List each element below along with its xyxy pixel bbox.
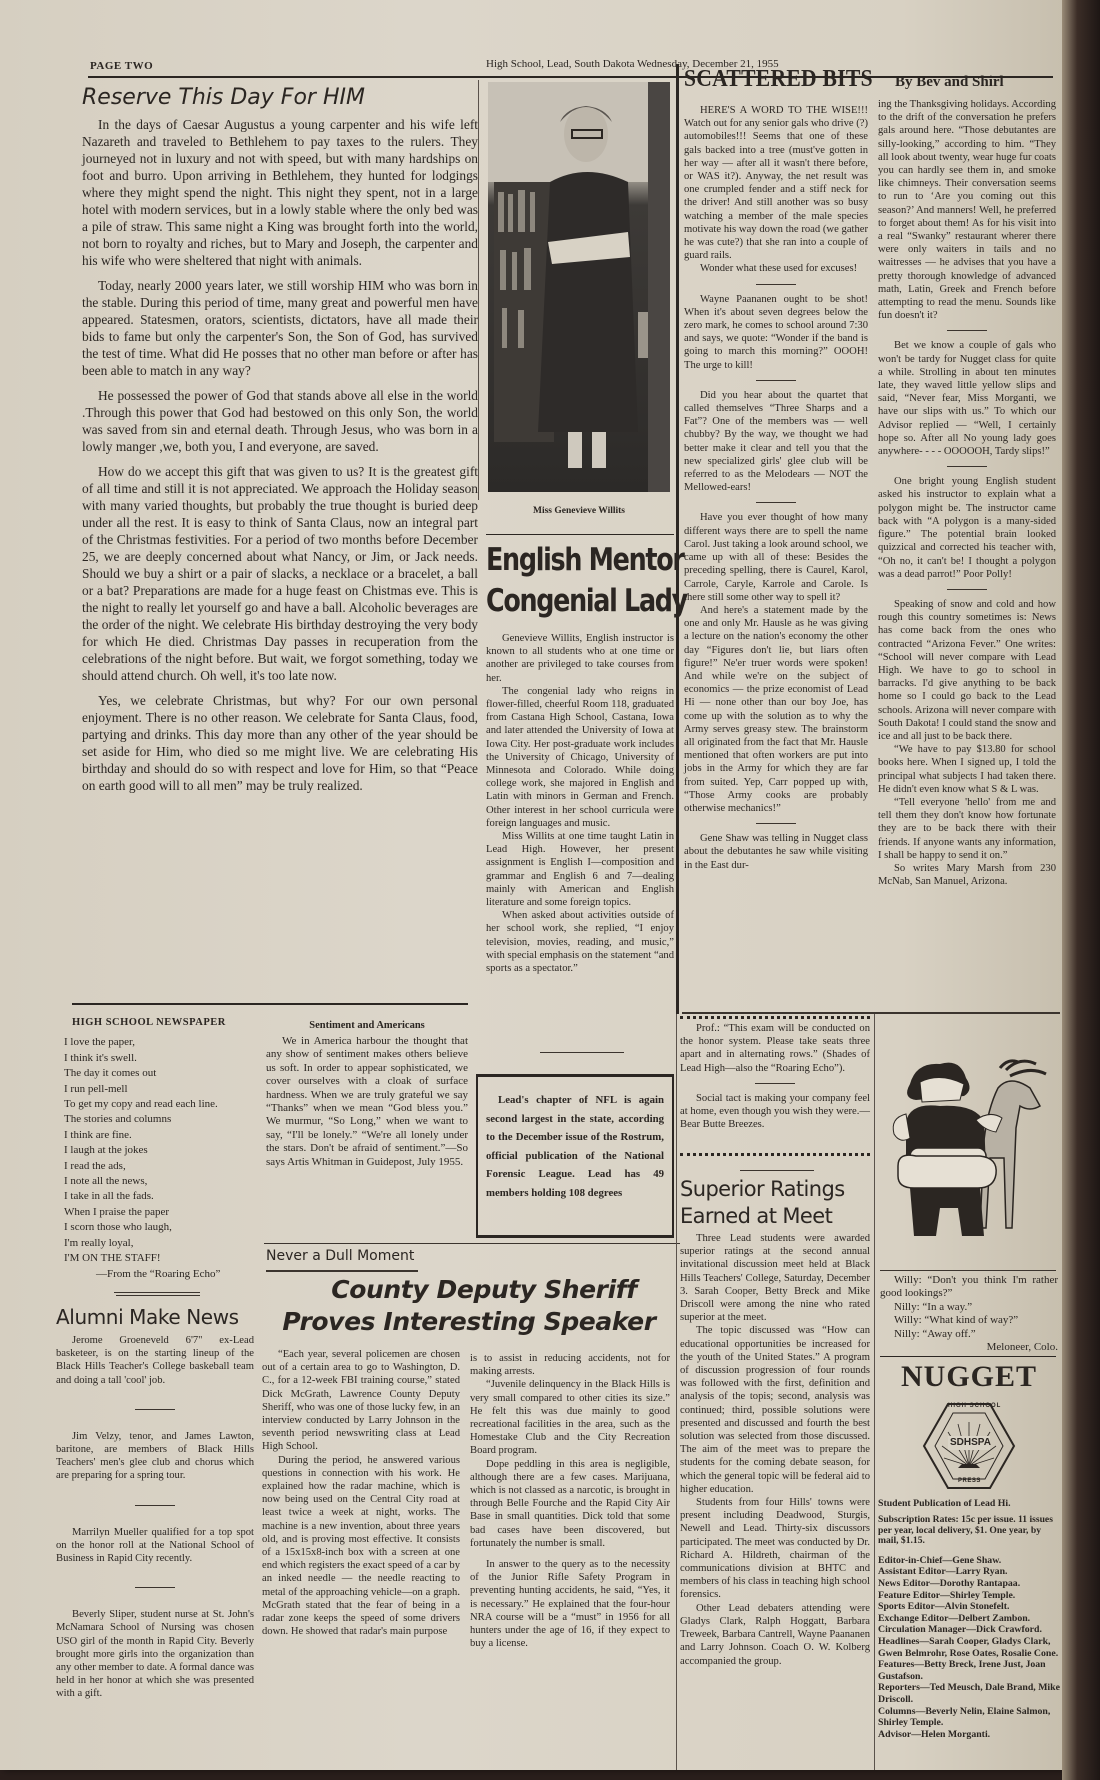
sentiment-title: Sentiment and Americans xyxy=(266,1020,468,1031)
poem-credit: —From the “Roaring Echo” xyxy=(64,1267,254,1282)
sdhspa-seal: HIGH SCHOOL SDHSPA PRESS xyxy=(922,1400,1016,1492)
alumni-headline: Alumni Make News xyxy=(56,1304,254,1330)
paragraph: Genevieve Willits, English instructor is… xyxy=(486,632,674,685)
filler-quote: Social tact is making your company feel … xyxy=(680,1092,870,1132)
santa-reindeer-illustration-icon xyxy=(880,1048,1056,1258)
item: “Tell everyone 'hello' from me and tell … xyxy=(878,796,1056,862)
alumni-item: Jim Velzy, tenor, and James Lawton, bari… xyxy=(56,1430,254,1483)
staff-line: Sports Editor—Alvin Stonefelt. xyxy=(878,1601,1060,1613)
item: Have you ever thought of how many differ… xyxy=(684,511,868,603)
poem-line: When I praise the paper xyxy=(64,1205,254,1220)
paragraph: In answer to the query as to the necessi… xyxy=(470,1558,670,1650)
divider xyxy=(947,466,987,467)
section-divider xyxy=(72,1003,468,1005)
staff-line: Reporters—Ted Meusch, Dale Brand, Mike D… xyxy=(878,1682,1060,1705)
scattered-byline: By Bev and Shirl xyxy=(895,74,1004,90)
paragraph: In the days of Caesar Augustus a young c… xyxy=(82,116,478,269)
photo-caption: Miss Genevieve Willits xyxy=(488,506,670,516)
divider xyxy=(947,330,987,331)
poem-line: The day it comes out xyxy=(64,1066,254,1081)
divider xyxy=(682,1012,1060,1014)
poem-line: I take in all the fads. xyxy=(64,1189,254,1204)
editorial-reserve-this-day: Reserve This Day For HIM In the days of … xyxy=(82,84,478,794)
editorial-headline: Reserve This Day For HIM xyxy=(82,84,478,112)
scattered-bits-col2: ing the Thanksgiving holidays. According… xyxy=(878,98,1056,888)
mentor-headline-line2: Congenial Lady xyxy=(486,581,640,622)
subscription-rates: Subscription Rates: 15c per issue. 11 is… xyxy=(878,1515,1060,1547)
divider xyxy=(135,1587,175,1588)
column-rule xyxy=(874,1014,875,1770)
kicker-never-a-dull-moment: Never a Dull Moment xyxy=(266,1248,414,1264)
mentor-headline: English Mentor Congenial Lady xyxy=(486,540,640,622)
paragraph: During the period, he answered various q… xyxy=(262,1454,460,1639)
poem-line: The stories and columns xyxy=(64,1112,254,1127)
staff-line: Feature Editor—Shirley Temple. xyxy=(878,1590,1060,1602)
sheriff-headline: County Deputy Sheriff Proves Interesting… xyxy=(266,1274,672,1338)
divider xyxy=(135,1409,175,1410)
paragraph: The topic discussed was “How can educati… xyxy=(680,1324,870,1496)
item: Wonder what these used for excuses! xyxy=(684,262,868,275)
staff-list: Editor-in-Chief—Gene Shaw. Assistant Edi… xyxy=(878,1555,1060,1741)
sentiment-and-americans: Sentiment and Americans We in America ha… xyxy=(266,1020,468,1169)
paragraph: He possessed the power of God that stand… xyxy=(82,387,478,455)
poem-high-school-newspaper: HIGH SCHOOL NEWSPAPER I love the paper, … xyxy=(64,1015,254,1282)
sentiment-body: We in America harbour the thought that a… xyxy=(266,1035,468,1169)
newspaper-page: PAGE TWO High School, Lead, South Dakota… xyxy=(0,0,1062,1770)
paragraph: Three Lead students were awarded superio… xyxy=(680,1232,870,1324)
sheriff-headline-line2: Proves Interesting Speaker xyxy=(266,1306,672,1338)
divider xyxy=(135,1505,175,1506)
paragraph: Dope peddling in this area is negligible… xyxy=(470,1458,670,1550)
staff-line: Advisor—Helen Morganti. xyxy=(878,1729,1060,1741)
superior-headline-line2: Earned at Meet xyxy=(680,1203,870,1230)
divider xyxy=(756,502,796,503)
article-superior-ratings: Superior Ratings Earned at Meet Three Le… xyxy=(680,1176,870,1668)
joke-line: Willy: “Don't you think I'm rather good … xyxy=(880,1274,1058,1301)
alumni-item: Jerome Groeneveld 6'7" ex-Lead basketeer… xyxy=(56,1334,254,1387)
item: Bet we know a couple of gals who won't b… xyxy=(878,339,1056,458)
item: One bright young English student asked h… xyxy=(878,475,1056,581)
fillers: Prof.: “This exam will be conducted on t… xyxy=(680,1022,870,1131)
item: Speaking of snow and cold and how rough … xyxy=(878,598,1056,743)
scattered-header: SCATTERED BITS By Bev and Shirl xyxy=(684,66,1064,93)
seal-top-text: HIGH SCHOOL xyxy=(948,1403,1001,1409)
nfl-announcement-box: Lead's chapter of NFL is again second la… xyxy=(476,1074,674,1238)
section-divider xyxy=(880,1356,1056,1357)
item: HERE'S A WORD TO THE WISE!!! Watch out f… xyxy=(684,104,868,262)
dotted-divider xyxy=(680,1153,870,1156)
staff-line: Headlines—Sarah Cooper, Gladys Clark, Gw… xyxy=(878,1636,1060,1659)
column-rule xyxy=(676,64,679,1014)
poem-line: I laugh at the jokes xyxy=(64,1143,254,1158)
paragraph: Yes, we celebrate Christmas, but why? Fo… xyxy=(82,692,478,794)
paragraph: Other Lead debaters attending were Glady… xyxy=(680,1602,870,1668)
item: Gene Shaw was telling in Nugget class ab… xyxy=(684,832,868,872)
paragraph: The congenial lady who reigns in flower-… xyxy=(486,685,674,830)
poem-line: I think are fine. xyxy=(64,1128,254,1143)
portrait-photo-icon xyxy=(488,82,670,492)
divider xyxy=(540,1052,624,1053)
seal-center-text: SDHSPA xyxy=(950,1437,991,1448)
staff-line: Features—Betty Breck, Irene Just, Joan G… xyxy=(878,1659,1060,1682)
filler-joke: Prof.: “This exam will be conducted on t… xyxy=(680,1022,870,1075)
joke-line: Nilly: “In a way.” xyxy=(880,1301,1058,1314)
joke-line: Nilly: “Away off.” xyxy=(880,1328,1058,1341)
staff-line: Assistant Editor—Larry Ryan. xyxy=(878,1566,1060,1578)
alumni-item: Beverly Sliper, student nurse at St. Joh… xyxy=(56,1608,254,1700)
item: Did you hear about the quartet that call… xyxy=(684,389,868,495)
item: So writes Mary Marsh from 230 McNab, San… xyxy=(878,862,1056,888)
poem-line: I note all the news, xyxy=(64,1174,254,1189)
divider xyxy=(880,1270,1056,1271)
scattered-headline: SCATTERED BITS xyxy=(684,66,873,93)
divider xyxy=(114,1292,200,1293)
paragraph: Miss Willits at one time taught Latin in… xyxy=(486,830,674,909)
poem-line: To get my copy and read each line. xyxy=(64,1097,254,1112)
superior-headline: Superior Ratings Earned at Meet xyxy=(680,1176,870,1230)
poem-title: HIGH SCHOOL NEWSPAPER xyxy=(64,1015,254,1030)
divider xyxy=(116,1295,200,1296)
poem-line: I run pell-mell xyxy=(64,1082,254,1097)
poem-line: I'm really loyal, xyxy=(64,1236,254,1251)
column-rule xyxy=(478,80,479,500)
divider xyxy=(740,1170,814,1171)
item: Wayne Paananen ought to be shot! When it… xyxy=(684,293,868,372)
paragraph: Today, nearly 2000 years later, we still… xyxy=(82,277,478,379)
staff-line: Editor-in-Chief—Gene Shaw. xyxy=(878,1555,1060,1567)
paragraph: is to assist in reducing accidents, not … xyxy=(470,1352,670,1378)
dotted-divider xyxy=(680,1016,870,1019)
poem-line: I think it's swell. xyxy=(64,1051,254,1066)
scattered-bits-col1: HERE'S A WORD TO THE WISE!!! Watch out f… xyxy=(684,104,868,872)
binding-spine xyxy=(1062,0,1100,1780)
cartoon-joke: Willy: “Don't you think I'm rather good … xyxy=(880,1274,1058,1354)
divider xyxy=(755,1083,795,1084)
staff-line: News Editor—Dorothy Rantapaa. xyxy=(878,1578,1060,1590)
divider xyxy=(756,284,796,285)
poem-line: I read the ads, xyxy=(64,1159,254,1174)
seal-bottom-text: PRESS xyxy=(958,1478,981,1484)
divider xyxy=(266,1270,418,1272)
nugget-title: NUGGET xyxy=(878,1360,1060,1394)
item: “We have to pay $13.80 for school books … xyxy=(878,743,1056,796)
mentor-headline-line1: English Mentor xyxy=(486,540,640,581)
sheriff-col1: “Each year, several policemen are chosen… xyxy=(262,1348,460,1638)
sheriff-headline-line1: County Deputy Sheriff xyxy=(266,1274,672,1306)
item: ing the Thanksgiving holidays. According… xyxy=(878,98,1056,322)
divider xyxy=(756,823,796,824)
poem-line: I'M ON THE STAFF! xyxy=(64,1251,254,1266)
santa-cartoon xyxy=(880,1048,1056,1258)
page-label: PAGE TWO xyxy=(90,60,153,72)
paragraph: When asked about activities outside of h… xyxy=(486,909,674,975)
poem-line: I scorn those who laugh, xyxy=(64,1220,254,1235)
item: And here's a statement made by the one a… xyxy=(684,604,868,815)
joke-credit: Meloneer, Colo. xyxy=(880,1341,1058,1354)
column-scattered-bits: SCATTERED BITS By Bev and Shirl xyxy=(684,66,1064,93)
staff-line: Columns—Beverly Nelin, Elaine Salmon, Sh… xyxy=(878,1706,1060,1729)
column-alumni-make-news: Alumni Make News Jerome Groeneveld 6'7" … xyxy=(56,1304,254,1701)
divider xyxy=(264,1243,680,1244)
staff-line: Circulation Manager—Dick Crawford. xyxy=(878,1624,1060,1636)
alumni-item: Marrilyn Mueller qualified for a top spo… xyxy=(56,1526,254,1566)
photo-genevieve-willits xyxy=(488,82,670,492)
paragraph: Students from four Hills' towns were pre… xyxy=(680,1496,870,1602)
poem-line: I love the paper, xyxy=(64,1035,254,1050)
joke-line: Willy: “What kind of way?” xyxy=(880,1314,1058,1327)
nugget-subtitle: Student Publication of Lead Hi. xyxy=(878,1498,1060,1509)
column-rule xyxy=(676,1014,677,1770)
staff-line: Exchange Editor—Delbert Zambon. xyxy=(878,1613,1060,1625)
nugget-staff-box: NUGGET HIGH SCHOOL SDHSPA PRESS Student … xyxy=(878,1360,1060,1740)
nfl-text: Lead's chapter of NFL is again second la… xyxy=(478,1077,672,1203)
superior-headline-line1: Superior Ratings xyxy=(680,1176,870,1203)
divider xyxy=(947,589,987,590)
paragraph: “Juvenile delinquency in the Black Hills… xyxy=(470,1378,670,1457)
paragraph: How do we accept this gift that was give… xyxy=(82,463,478,684)
article-english-mentor: English Mentor Congenial Lady Genevieve … xyxy=(486,540,674,975)
divider xyxy=(756,380,796,381)
paragraph: “Each year, several policemen are chosen… xyxy=(262,1348,460,1454)
section-divider xyxy=(486,534,674,535)
sheriff-col2: is to assist in reducing accidents, not … xyxy=(470,1352,670,1650)
